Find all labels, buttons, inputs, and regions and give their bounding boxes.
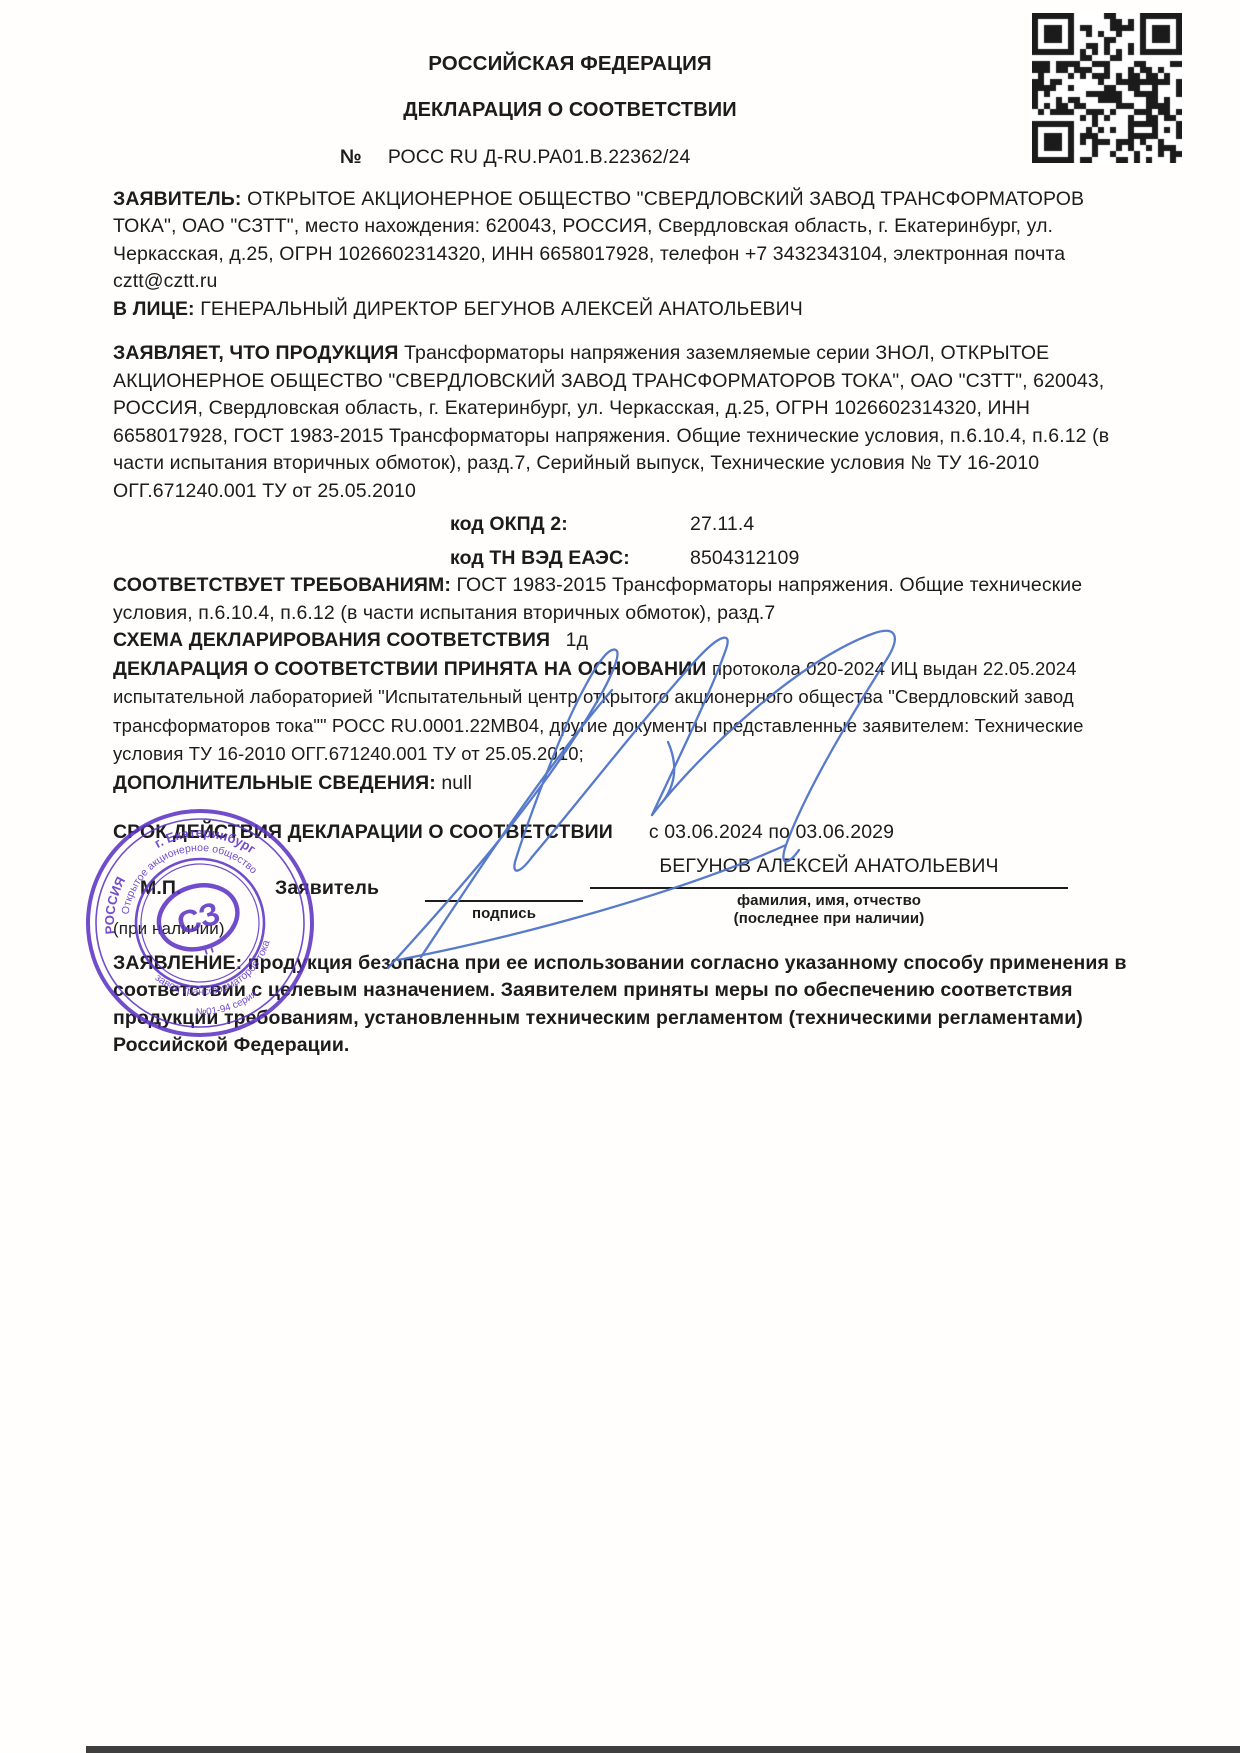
applicant-word: Заявитель: [275, 875, 379, 903]
scheme-value: 1д: [566, 629, 588, 651]
country-title: РОССИЙСКАЯ ФЕДЕРАЦИЯ: [113, 0, 1027, 78]
in-person-label: В ЛИЦЕ:: [113, 298, 195, 320]
complies-label: СООТВЕТСТВУЕТ ТРЕБОВАНИЯМ:: [113, 574, 451, 596]
validity-label: СРОК ДЕЙСТВИЯ ДЕКЛАРАЦИИ О СООТВЕТСТВИИ: [113, 819, 613, 847]
basis-label: ДЕКЛАРАЦИЯ О СООТВЕТСТВИИ ПРИНЯТА НА ОСН…: [113, 658, 706, 680]
scheme-label: СХЕМА ДЕКЛАРИРОВАНИЯ СООТВЕТСТВИЯ: [113, 629, 550, 651]
additional-value: null: [441, 772, 472, 794]
declaration-document: РОССИЙСКАЯ ФЕДЕРАЦИЯ ДЕКЛАРАЦИЯ О СООТВЕ…: [0, 0, 1240, 1753]
name-caption-2: (последнее при наличии): [590, 910, 1068, 928]
validity-value: с 03.06.2024 по 03.06.2029: [649, 819, 894, 847]
scan-artifact-bottom: [86, 1746, 1240, 1753]
number-sign: №: [340, 146, 362, 168]
applicant-label: ЗАЯВИТЕЛЬ:: [113, 188, 242, 210]
signature-line: подпись: [425, 875, 583, 923]
document-title: ДЕКЛАРАЦИЯ О СООТВЕТСТВИИ: [113, 78, 1027, 125]
okpd-row: код ОКПД 2: 27.11.4: [113, 511, 1135, 539]
signature-caption: подпись: [425, 905, 583, 923]
statement-label: ЗАЯВЛЕНИЕ:: [113, 952, 242, 974]
signature-row: М.П. (при наличии) Заявитель подпись БЕГ…: [113, 863, 1135, 937]
basis-paragraph: ДЕКЛАРАЦИЯ О СООТВЕТСТВИИ ПРИНЯТА НА ОСН…: [113, 655, 1135, 769]
name-block: БЕГУНОВ АЛЕКСЕЙ АНАТОЛЬЕВИЧ фамилия, имя…: [590, 851, 1068, 928]
additional-label: ДОПОЛНИТЕЛЬНЫЕ СВЕДЕНИЯ:: [113, 772, 436, 794]
tnved-row: код ТН ВЭД ЕАЭС: 8504312109: [113, 545, 1135, 573]
mp-note: (при наличии): [113, 915, 225, 943]
statement-paragraph: ЗАЯВЛЕНИЕ: продукция безопасна при ее ис…: [113, 950, 1131, 1060]
applicant-text: ОТКРЫТОЕ АКЦИОНЕРНОЕ ОБЩЕСТВО "СВЕРДЛОВС…: [113, 188, 1084, 293]
declaration-number: РОСС RU Д-RU.РА01.В.22362/24: [388, 146, 691, 168]
signature-rule: [425, 875, 583, 902]
scheme-line: СХЕМА ДЕКЛАРИРОВАНИЯ СООТВЕТСТВИЯ 1д: [113, 627, 1135, 655]
statement-text: продукция безопасна при ее использовании…: [113, 952, 1127, 1057]
declaration-number-line: №РОСС RU Д-RU.РА01.В.22362/24: [113, 124, 1135, 172]
declares-paragraph: ЗАЯВЛЯЕТ, ЧТО ПРОДУКЦИЯ Трансформаторы н…: [113, 340, 1135, 505]
in-person-text: ГЕНЕРАЛЬНЫЙ ДИРЕКТОР БЕГУНОВ АЛЕКСЕЙ АНА…: [200, 298, 803, 320]
mp-label: М.П.: [140, 875, 182, 903]
okpd-value: 27.11.4: [690, 511, 754, 539]
declares-text: Трансформаторы напряжения заземляемые се…: [113, 342, 1109, 502]
document-content: РОССИЙСКАЯ ФЕДЕРАЦИЯ ДЕКЛАРАЦИЯ О СООТВЕ…: [113, 0, 1135, 1060]
signatory-name: БЕГУНОВ АЛЕКСЕЙ АНАТОЛЬЕВИЧ: [590, 851, 1068, 881]
okpd-label: код ОКПД 2:: [450, 511, 690, 539]
name-caption-1: фамилия, имя, отчество: [590, 892, 1068, 910]
applicant-paragraph: ЗАЯВИТЕЛЬ: ОТКРЫТОЕ АКЦИОНЕРНОЕ ОБЩЕСТВО…: [113, 186, 1135, 296]
in-person-line: В ЛИЦЕ: ГЕНЕРАЛЬНЫЙ ДИРЕКТОР БЕГУНОВ АЛЕ…: [113, 296, 1135, 324]
name-rule: [590, 881, 1068, 889]
document-header: РОССИЙСКАЯ ФЕДЕРАЦИЯ ДЕКЛАРАЦИЯ О СООТВЕ…: [113, 0, 1027, 124]
tnved-value: 8504312109: [690, 545, 799, 573]
additional-line: ДОПОЛНИТЕЛЬНЫЕ СВЕДЕНИЯ: null: [113, 770, 1135, 798]
tnved-label: код ТН ВЭД ЕАЭС:: [450, 545, 690, 573]
validity-row: СРОК ДЕЙСТВИЯ ДЕКЛАРАЦИИ О СООТВЕТСТВИИ …: [113, 819, 1135, 847]
declares-label: ЗАЯВЛЯЕТ, ЧТО ПРОДУКЦИЯ: [113, 342, 399, 364]
complies-paragraph: СООТВЕТСТВУЕТ ТРЕБОВАНИЯМ: ГОСТ 1983-201…: [113, 572, 1135, 627]
